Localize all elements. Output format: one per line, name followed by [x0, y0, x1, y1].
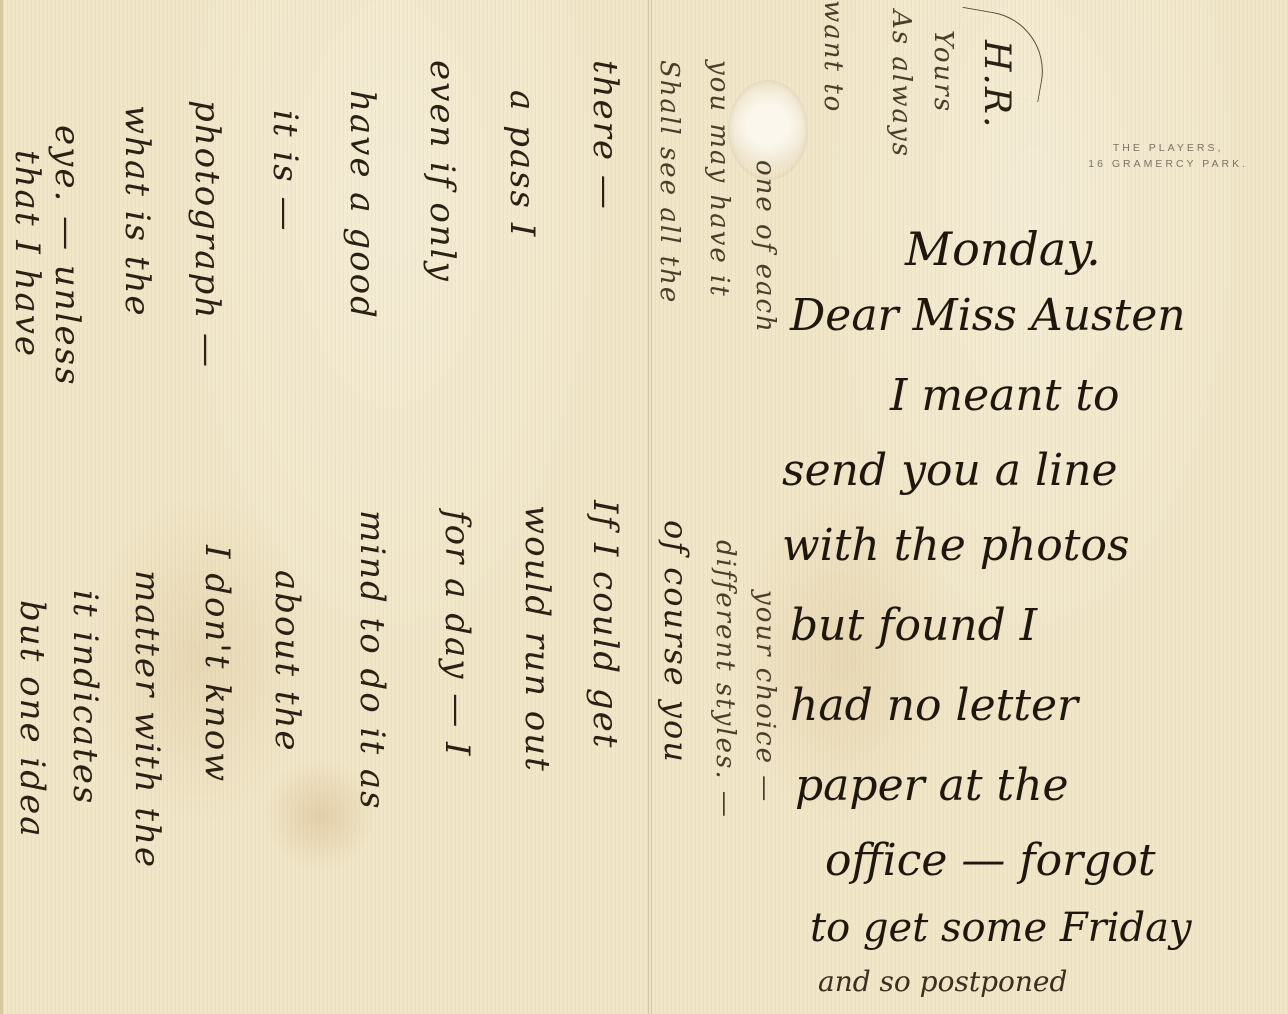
left-col-4: have a good: [345, 90, 379, 320]
body-line-5: had no letter: [790, 680, 1078, 731]
salutation: Dear Miss Austen: [790, 290, 1186, 341]
margin-col-5: of course you: [660, 520, 692, 764]
body-line-7: office — forgot: [825, 835, 1156, 886]
margin-col-1: Shall see all the: [656, 60, 682, 304]
left-col-14: about the: [270, 570, 304, 753]
body-line-6: paper at the: [795, 760, 1069, 811]
margin-col-7: your choice —: [752, 590, 778, 803]
left-col-11: would run out: [520, 505, 554, 773]
margin-col-4: want to: [820, 0, 846, 113]
body-line-9: and so postponed: [818, 965, 1067, 998]
body-line-4: but found I: [790, 600, 1037, 651]
letterhead-line-2: 16 GRAMERCY PARK.: [1088, 156, 1248, 172]
letter-date: Monday.: [905, 222, 1101, 276]
left-col-3: even if only: [425, 60, 459, 283]
left-col-6: photograph —: [190, 100, 224, 369]
closing-line-1: As always: [888, 10, 914, 158]
letterhead: THE PLAYERS, 16 GRAMERCY PARK.: [1088, 140, 1248, 172]
left-col-5: it is —: [268, 110, 302, 232]
margin-col-6: different styles. —: [712, 540, 738, 819]
body-line-3: with the photos: [782, 520, 1130, 571]
margin-col-2: you may have it: [706, 60, 732, 298]
left-col-10: If I could get: [588, 500, 622, 749]
body-line-8: to get some Friday: [810, 905, 1192, 951]
page-fold: [648, 0, 652, 1014]
left-col-9: that I have: [10, 150, 44, 358]
left-col-8: eye. — unless: [50, 125, 84, 387]
left-col-17: it indicates: [68, 590, 102, 805]
body-line-1: I meant to: [890, 370, 1120, 421]
left-col-15: I don't know: [200, 545, 234, 783]
left-col-1: there —: [588, 60, 622, 211]
left-col-2: a pass I: [505, 90, 539, 238]
left-col-18: but one idea: [15, 600, 49, 838]
letterhead-line-1: THE PLAYERS,: [1088, 140, 1248, 156]
left-col-7: what is the: [120, 105, 154, 318]
margin-col-3: one of each: [752, 160, 778, 334]
left-col-13: mind to do it as: [355, 510, 389, 811]
left-col-12: for a day — I: [440, 510, 474, 757]
left-col-16: matter with the: [130, 570, 164, 869]
body-line-2: send you a line: [782, 445, 1118, 496]
